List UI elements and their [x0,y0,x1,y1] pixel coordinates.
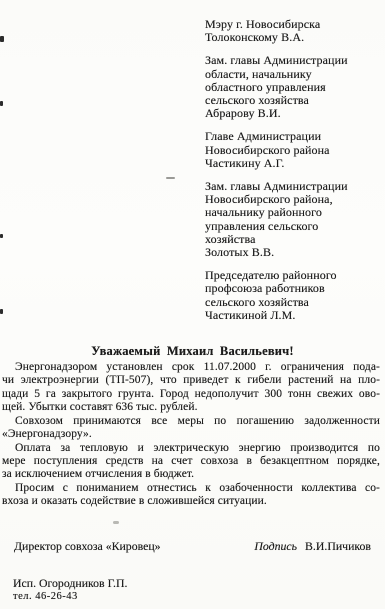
paragraph-debt-measures: Совхозом принимаются все меры по погашен… [2,415,380,442]
addressee-block: Мэру г. Новосибирска Толоконскому В.А. З… [205,18,379,322]
body-line: щади 5 га закрытого грунта. Город недопо… [2,388,380,401]
signature-block: ПодписьВ.И.Пичиков [254,539,371,553]
addressee-line: Зам. главы Администрации [205,54,379,67]
addressee-line: Частикину А.Г. [205,157,379,170]
body-line: Совхозом принимаются все меры по погашен… [2,415,380,428]
addressee-oblast-deputy: Зам. главы Администрации области, началь… [205,54,379,120]
addressee-line: Частикиной Л.М. [205,309,379,322]
executor-phone: тел. 46-26-43 [13,590,385,604]
letter-footer: Исп. Огородников Г.П. тел. 46-26-43 [13,576,385,604]
addressee-line: сельского хозяйства [205,296,379,309]
signer-name: В.И.Пичиков [305,539,371,553]
letter-body: Энергонадзором установлен срок 11.07.200… [2,361,380,508]
body-line: «Энергонадзору». [2,428,380,441]
body-line: мере поступления средств на счет совхоза… [2,455,380,468]
scan-mark [166,177,175,179]
addressee-line: профсоюза работников [205,282,379,295]
addressee-line: Абрарову В.И. [205,107,379,120]
addressee-mayor: Мэру г. Новосибирска Толоконскому В.А. [205,18,379,44]
addressee-line: начальнику районного [205,206,379,219]
body-line: вхоза и оказать содействие в сложившейся… [2,495,380,508]
addressee-district-head: Главе Администрации Новосибирского район… [205,130,379,170]
addressee-line: Главе Администрации [205,130,379,143]
body-line: Просим с пониманием отнестись к озабочен… [2,482,380,495]
scan-speck [0,101,3,106]
body-line: щей. Убытки составят 636 тыс. рублей. [2,401,380,414]
signer-title: Директор совхоза «Кировец» [14,539,161,553]
salutation: Уважаемый Михаил Васильевич! [0,344,385,358]
paragraph-payment-order: Оплата за тепловую и электрическую энерг… [2,442,380,482]
body-line: Оплата за тепловую и электрическую энерг… [2,442,380,455]
addressee-line: Золотых В.В. [205,246,379,259]
body-line: за исключением отчисления в бюджет. [2,468,380,481]
body-line: Энергонадзором установлен срок 11.07.200… [2,361,380,374]
addressee-line: Новосибирского района [205,144,379,157]
addressee-line: Толоконскому В.А. [205,31,379,44]
addressee-line: области, начальнику [205,68,379,81]
scan-speck [0,234,3,238]
addressee-union-chair: Председателю районного профсоюза работни… [205,269,379,322]
scanned-letter-page: Мэру г. Новосибирска Толоконскому В.А. З… [0,0,385,609]
scan-mark [113,521,119,524]
executor-name: Исп. Огородников Г.П. [13,576,385,590]
signature-row: Директор совхоза «Кировец» ПодписьВ.И.Пи… [14,539,371,553]
paragraph-energy-cutoff: Энергонадзором установлен срок 11.07.200… [2,361,380,415]
paragraph-request: Просим с пониманием отнестись к озабочен… [2,482,380,509]
scan-speck [0,309,3,314]
signature-note: Подпись [254,539,297,553]
addressee-district-deputy: Зам. главы Администрации Новосибирского … [205,180,379,259]
body-line: чи электроэнергии (ТП-507), что приведет… [2,374,380,387]
addressee-line: управления сельского [205,220,379,233]
scan-speck [0,36,4,42]
